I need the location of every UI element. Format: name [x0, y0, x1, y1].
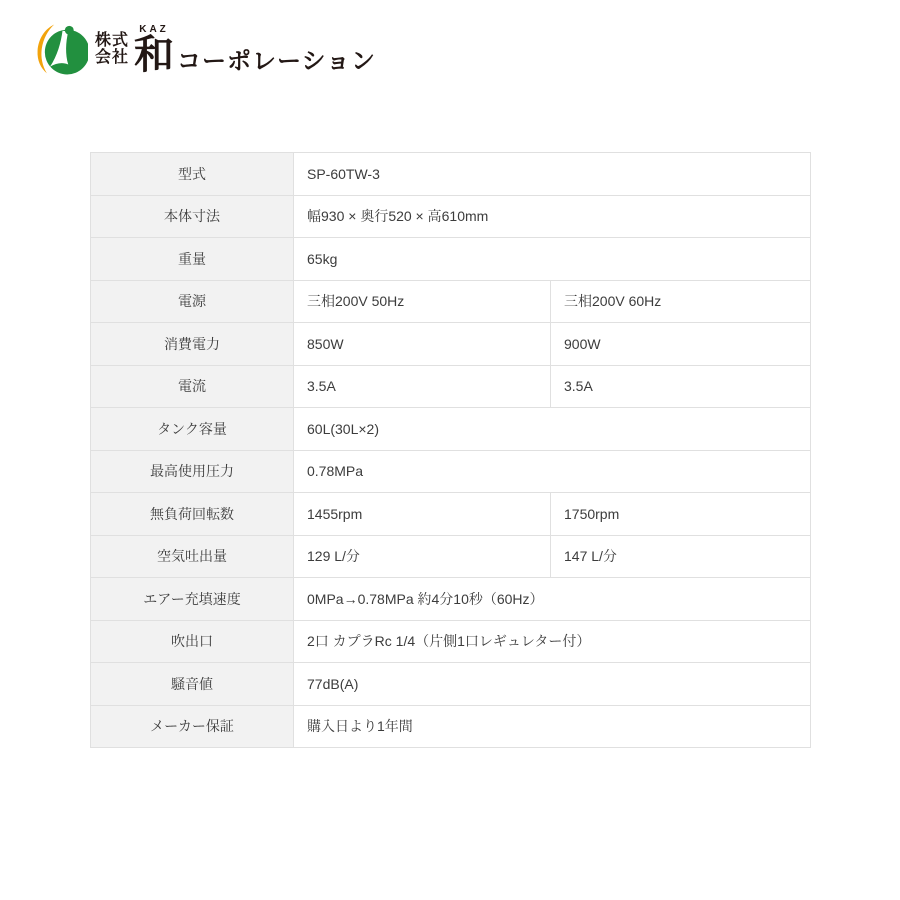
- spec-row-label: 空気吐出量: [91, 535, 294, 578]
- spec-row: 騒音値77dB(A): [91, 663, 811, 706]
- spec-row-label: 無負荷回転数: [91, 493, 294, 536]
- spec-row: 本体寸法幅930 × 奥行520 × 高610mm: [91, 195, 811, 238]
- spec-row-label: 吹出口: [91, 620, 294, 663]
- company-logo: 株式 会社 KAZ 和 コーポレーション: [36, 24, 376, 76]
- spec-row-value: 1750rpm: [551, 493, 811, 536]
- spec-row-value: 0.78MPa: [294, 450, 811, 493]
- spec-row-label: 消費電力: [91, 323, 294, 366]
- spec-row: タンク容量60L(30L×2): [91, 408, 811, 451]
- spec-row: 電流3.5A3.5A: [91, 365, 811, 408]
- spec-table-body: 型式SP-60TW-3本体寸法幅930 × 奥行520 × 高610mm重量65…: [91, 153, 811, 748]
- spec-row-label: 最高使用圧力: [91, 450, 294, 493]
- logo-name-katakana: コーポレーション: [177, 41, 376, 76]
- logo-kanji-block: KAZ 和: [134, 25, 174, 75]
- spec-row-value: 129 L/分: [294, 535, 551, 578]
- spec-row-value: 3.5A: [551, 365, 811, 408]
- kaz-circle-person-icon: [36, 24, 88, 76]
- spec-row-value: 購入日より1年間: [294, 705, 811, 748]
- spec-row-value: 65kg: [294, 238, 811, 281]
- spec-row-value: 三相200V 50Hz: [294, 280, 551, 323]
- spec-row-label: タンク容量: [91, 408, 294, 451]
- spec-row-label: 重量: [91, 238, 294, 281]
- spec-row-value: 850W: [294, 323, 551, 366]
- spec-row-value: 147 L/分: [551, 535, 811, 578]
- spec-row: 空気吐出量129 L/分147 L/分: [91, 535, 811, 578]
- spec-row-label: 電流: [91, 365, 294, 408]
- spec-row-label: 騒音値: [91, 663, 294, 706]
- spec-row-value: 77dB(A): [294, 663, 811, 706]
- logo-company-type: 株式 会社: [95, 33, 129, 67]
- spec-row-value: 2口 カプラRc 1/4（片側1口レギュレター付）: [294, 620, 811, 663]
- spec-row-value: 3.5A: [294, 365, 551, 408]
- spec-row-value: SP-60TW-3: [294, 153, 811, 196]
- logo-name-kanji: 和: [134, 35, 174, 75]
- spec-row-value: 0MPa→0.78MPa 約4分10秒（60Hz）: [294, 578, 811, 621]
- spec-row-value: 60L(30L×2): [294, 408, 811, 451]
- spec-row: 型式SP-60TW-3: [91, 153, 811, 196]
- page: 株式 会社 KAZ 和 コーポレーション 型式SP-60TW-3本体寸法幅930…: [0, 0, 900, 900]
- spec-row-label: 電源: [91, 280, 294, 323]
- spec-row: 吹出口2口 カプラRc 1/4（片側1口レギュレター付）: [91, 620, 811, 663]
- spec-table-container: 型式SP-60TW-3本体寸法幅930 × 奥行520 × 高610mm重量65…: [90, 152, 810, 748]
- spec-row: 最高使用圧力0.78MPa: [91, 450, 811, 493]
- spec-row: メーカー保証購入日より1年間: [91, 705, 811, 748]
- spec-row: 消費電力850W900W: [91, 323, 811, 366]
- spec-row-value: 900W: [551, 323, 811, 366]
- spec-row: 無負荷回転数1455rpm1750rpm: [91, 493, 811, 536]
- spec-row: 重量65kg: [91, 238, 811, 281]
- spec-row-label: 型式: [91, 153, 294, 196]
- spec-row-value: 三相200V 60Hz: [551, 280, 811, 323]
- spec-row-value: 1455rpm: [294, 493, 551, 536]
- spec-row: エアー充填速度0MPa→0.78MPa 約4分10秒（60Hz）: [91, 578, 811, 621]
- spec-row-value: 幅930 × 奥行520 × 高610mm: [294, 195, 811, 238]
- spec-row-label: メーカー保証: [91, 705, 294, 748]
- spec-row-label: エアー充填速度: [91, 578, 294, 621]
- spec-table: 型式SP-60TW-3本体寸法幅930 × 奥行520 × 高610mm重量65…: [90, 152, 811, 748]
- spec-row-label: 本体寸法: [91, 195, 294, 238]
- spec-row: 電源三相200V 50Hz三相200V 60Hz: [91, 280, 811, 323]
